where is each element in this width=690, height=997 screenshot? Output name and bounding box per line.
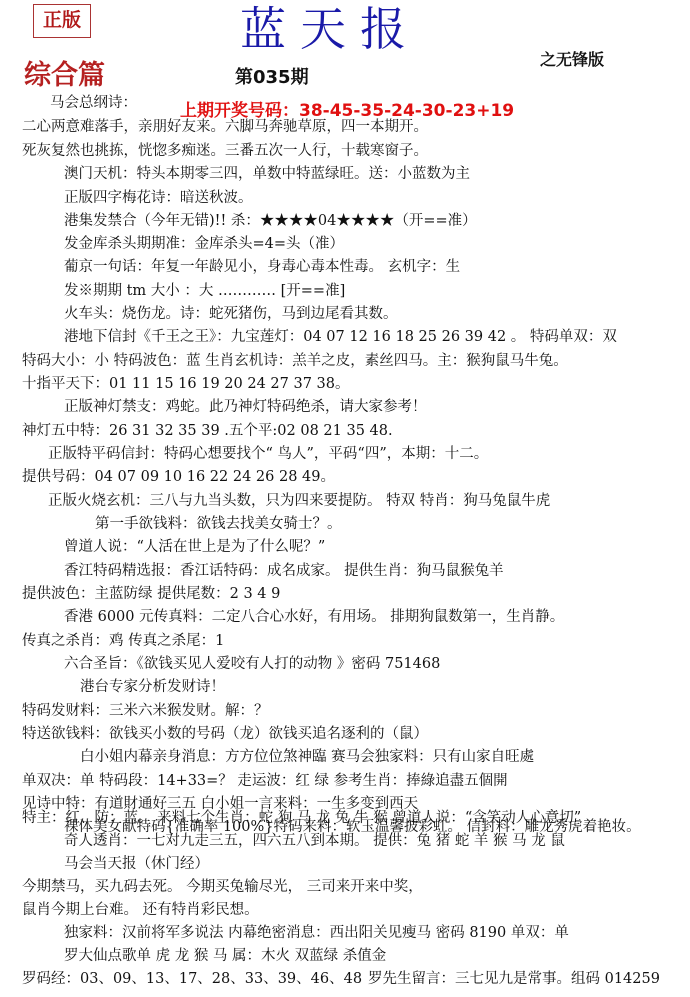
official-edition-stamp: 正版	[33, 4, 91, 38]
text-line: 特送欲钱料：欲钱买小数的号码（龙）欲钱买追名逐利的（鼠）	[22, 724, 428, 744]
section-title: 综合篇	[24, 58, 105, 94]
text-line: 火车头：烧伤龙。诗：蛇死猪伤，马到边尾看其数。	[64, 304, 398, 324]
text-line: 特码发财料：三米六米猴发财。解：？	[22, 701, 269, 721]
text-line: 香江特码精选报：香江话特码：成名成家。 提供生肖：狗马鼠猴兔羊	[64, 561, 504, 581]
text-line: 澳门天机：特头本期零三四，单数中特蓝绿旺。送：小蓝数为主	[64, 164, 470, 184]
text-line: 正版特平码信封：特码心想要找个“ 鸟人”，平码“四”，本期：十二。	[48, 444, 488, 464]
text-line: 正版火烧玄机：三八与九当头数，只为四来要提防。 特双 特肖：狗马兔鼠牛虎	[48, 491, 550, 511]
text-line: 鼠肖今期上台难。 还有特肖彩民想。	[22, 900, 259, 920]
text-line: 独家料：汉前将军多说法 内幕绝密消息：西出阳关见瘦马 密码 8190 单双：单	[64, 923, 569, 943]
footer-luo-message: 罗先生留言：三七见九是常事。组码 014259	[368, 969, 660, 989]
text-line: 港地下信封《千王之王》：九宝莲灯：04 07 12 16 18 25 26 39…	[64, 327, 617, 347]
text-line: 马会当天报（休门经）	[64, 854, 209, 874]
text-line: 单双决：单 特码段：14+33=？ 走运波：红 绿 参考生肖：捧綠追盡五個開	[22, 771, 508, 791]
text-line: 十指平天下：01 11 15 16 19 20 24 27 37 38。	[22, 374, 350, 394]
text-line: 传真之杀肖：鸡 传真之杀尾：1	[22, 631, 224, 651]
issue-number: 第035期	[235, 63, 309, 89]
text-line: 死灰复然也挑拣，恍惚多痴迷。三番五次一人行，十载寒窗子。	[22, 141, 428, 161]
text-line: 六合圣旨：《欲钱买见人爱咬有人打的动物 》密码 751468	[64, 654, 440, 674]
text-line: 发※期期 tm 大小 ：大 ………… [开==准]	[64, 281, 345, 301]
text-line: 港台专家分析发财诗！	[80, 677, 225, 697]
text-line: 神灯五中特：26 31 32 35 39 .五个平:02 08 21 35 48…	[22, 421, 393, 441]
text-line: 提供波色：主蓝防绿 提供尾数：2 3 4 9	[22, 584, 280, 604]
text-line: 特码大小：小 特码波色：蓝 生肖玄机诗：羔羊之皮，素丝四马。主：猴狗鼠马牛兔。	[22, 351, 568, 371]
text-line: 葡京一句话：年复一年龄见小，身毒心毒本性毒。 玄机字：生	[64, 257, 460, 277]
text-line: 香港 6000 元传真料：二定八合心水好，有用场。 排期狗鼠数第一，生肖静。	[64, 607, 564, 627]
newspaper-title: 蓝天报	[240, 2, 420, 56]
edition-label: 之无锋版	[540, 47, 604, 70]
text-line: 马会总纲诗：	[50, 93, 137, 113]
text-line: 白小姐内幕亲身消息：方方位位煞神臨 赛马会独家料：只有山家自旺處	[80, 747, 534, 767]
text-line: 曾道人说：“人活在世上是为了什么呢？”	[64, 537, 325, 557]
text-line: 发金库杀头期期准：金库杀头=4=头（准）	[64, 234, 344, 254]
text-line: 正版四字梅花诗：暗送秋波。	[64, 188, 253, 208]
footer-luo-code: 罗码经：03、09、13、17、28、33、39、46、48	[22, 969, 362, 989]
text-line: 提供号码：04 07 09 10 16 22 24 26 28 49。	[22, 467, 335, 487]
text-line: 港集发禁合（今年无错)!! 杀：★★★★04★★★★（开==准）	[64, 211, 477, 231]
text-line: 罗大仙点歌单 虎 龙 猴 马 属：木火 双蓝绿 杀值金	[64, 946, 386, 966]
text-line: 二心两意难落手，亲朋好友来。六脚马奔驰草原，四一本期开。	[22, 117, 428, 137]
text-line: 第一手欲钱料：欲钱去找美女骑士？。	[95, 514, 342, 534]
text-line: 奇人透肖：一七对九走三五，四六五八到本期。 提供：兔 猪 蛇 羊 猴 马 龙 鼠	[64, 831, 565, 851]
text-line: 正版神灯禁支：鸡蛇。此乃神灯特码绝杀，请大家参考！	[64, 397, 427, 417]
text-line: 特主：红、防：蓝。 来料七个生肖：蛇 狗 马 龙 兔 牛 猴 曾道人说：“含笑动…	[22, 808, 581, 828]
text-line: 今期禁马，买九码去死。 今期买兔输尽光， 三司来开来中奖，	[22, 877, 423, 897]
